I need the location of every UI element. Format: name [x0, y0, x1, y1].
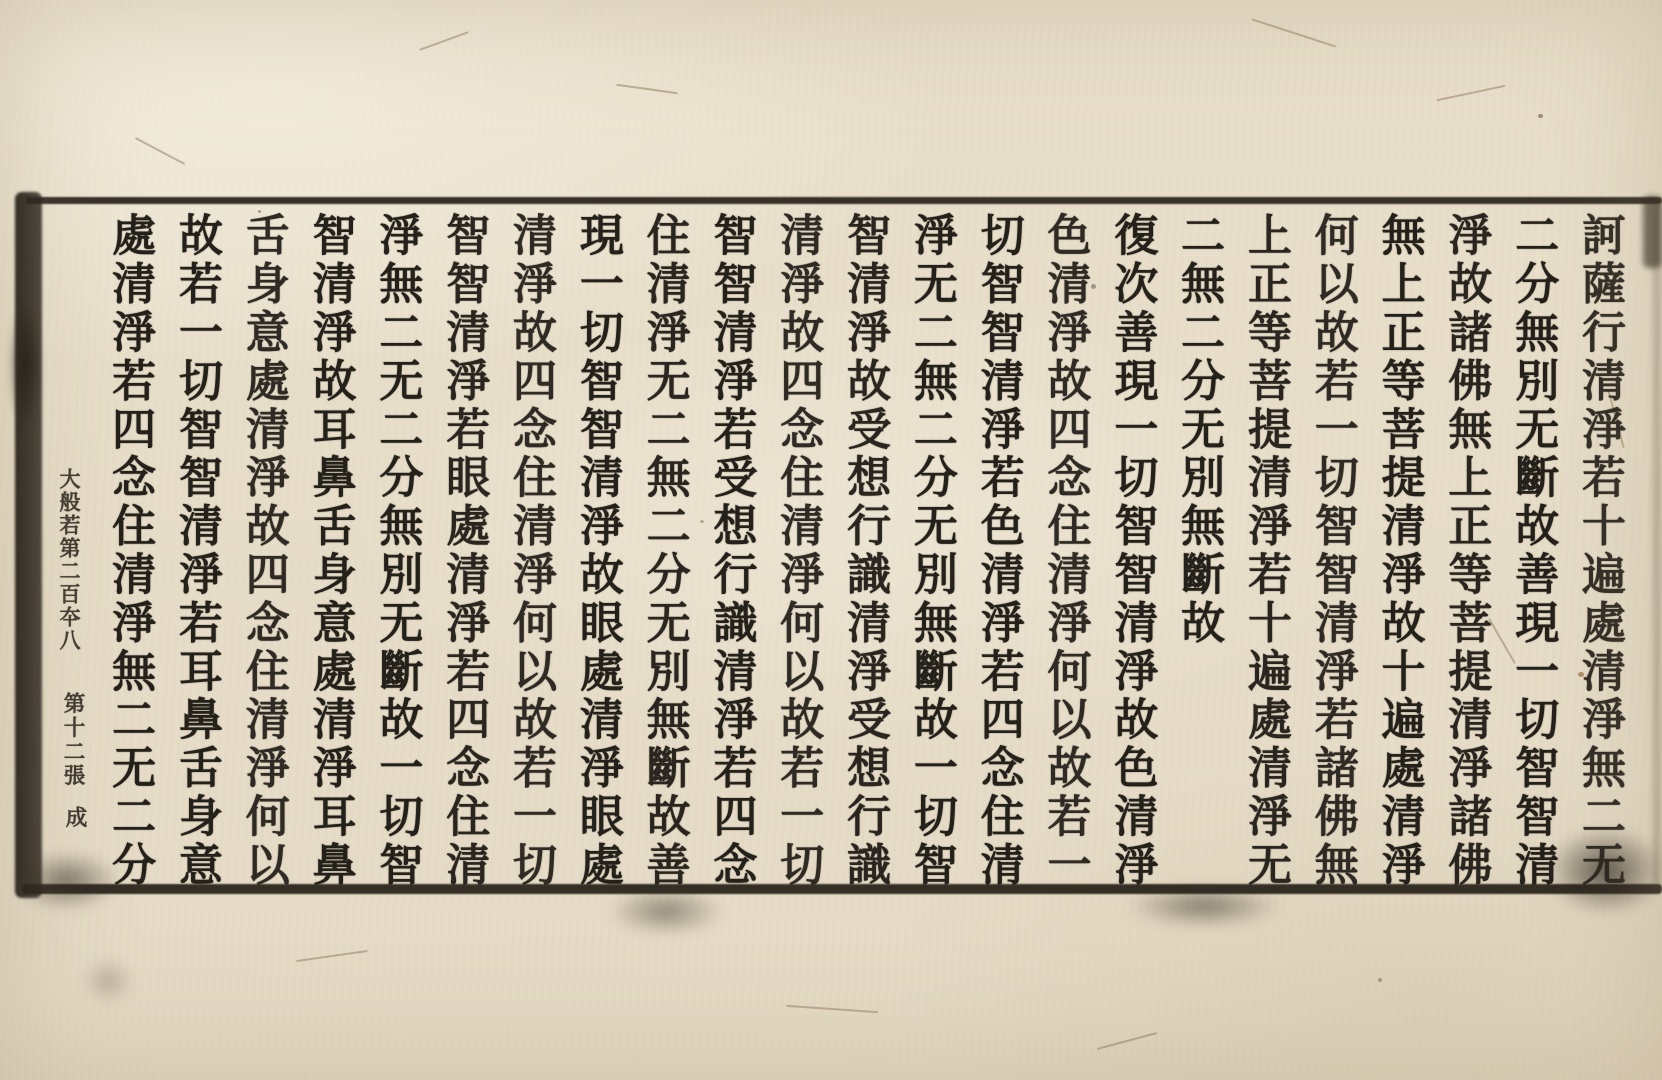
paper-fiber [296, 950, 368, 962]
paper-fiber [419, 31, 469, 51]
frame-border-right [1653, 202, 1661, 892]
sutra-page-scan: 訶薩行清淨若十遍處清淨無二无 二分無別无斷故善現一切智智清 淨故諸佛無上正等菩提… [0, 0, 1662, 1080]
sheet-number-label: 第十二張 [57, 692, 87, 788]
text-column: 訶薩行清淨若十遍處清淨無二无 [1565, 212, 1632, 890]
text-column: 復次善現一切智智清淨故色清淨 [1098, 212, 1165, 890]
frame-border-top [26, 197, 1662, 204]
paper-fiber [1252, 18, 1336, 47]
text-column: 清淨故四念住清淨何以故若一切 [496, 212, 563, 890]
text-column: 住清淨无二無二分无別無斷故善 [630, 212, 697, 890]
text-column: 無上正等菩提清淨故十遍處清淨 [1365, 212, 1432, 890]
text-column: 色清淨故四念住清淨何以故若一 [1031, 212, 1098, 890]
ink-smudge [8, 300, 42, 430]
text-column: 智智清淨若眼處清淨若四念住清 [429, 212, 496, 890]
paper-fiber [1097, 1032, 1157, 1050]
text-column: 處清淨若四念住清淨無二无二分 [95, 212, 162, 890]
text-column: 故若一切智智清淨若耳鼻舌身意 [162, 212, 229, 890]
paper-fiber [1437, 85, 1506, 102]
text-column: 二無二分无別無斷故 [1164, 212, 1231, 890]
text-column: 二分無別无斷故善現一切智智清 [1498, 212, 1565, 890]
paper-fiber [616, 84, 678, 95]
paper-speck [1538, 114, 1543, 118]
text-column: 淨無二无二分無別无斷故一切智 [363, 212, 430, 890]
collation-mark: 成 [59, 806, 89, 828]
paper-speck [1378, 978, 1382, 982]
frame-border-left [15, 192, 42, 898]
text-column: 智清淨故受想行識清淨受想行識 [830, 212, 897, 890]
text-column: 淨故諸佛無上正等菩提清淨諸佛 [1432, 212, 1499, 890]
text-column: 現一切智智清淨故眼處清淨眼處 [563, 212, 630, 890]
sutra-text-block: 訶薩行清淨若十遍處清淨無二无 二分無別无斷故善現一切智智清 淨故諸佛無上正等菩提… [95, 212, 1632, 890]
text-column: 舌身意處清淨故四念住清淨何以 [229, 212, 296, 890]
text-column: 智智清淨若受想行識清淨若四念 [697, 212, 764, 890]
text-column: 切智智清淨若色清淨若四念住清 [964, 212, 1031, 890]
text-column: 智清淨故耳鼻舌身意處清淨耳鼻 [296, 212, 363, 890]
text-column: 何以故若一切智智清淨若諸佛無 [1298, 212, 1365, 890]
margin-volume-label: 大般若第二百夲八 [54, 468, 84, 652]
text-column: 上正等菩提清淨若十遍處清淨无 [1231, 212, 1298, 890]
text-column: 淨无二無二分无別無斷故一切智 [897, 212, 964, 890]
ink-smudge [1643, 196, 1662, 268]
paper-fiber [135, 137, 185, 165]
ink-smudge [82, 958, 134, 1004]
paper-fiber [786, 1005, 878, 1013]
text-column: 清淨故四念住清淨何以故若一切 [763, 212, 830, 890]
